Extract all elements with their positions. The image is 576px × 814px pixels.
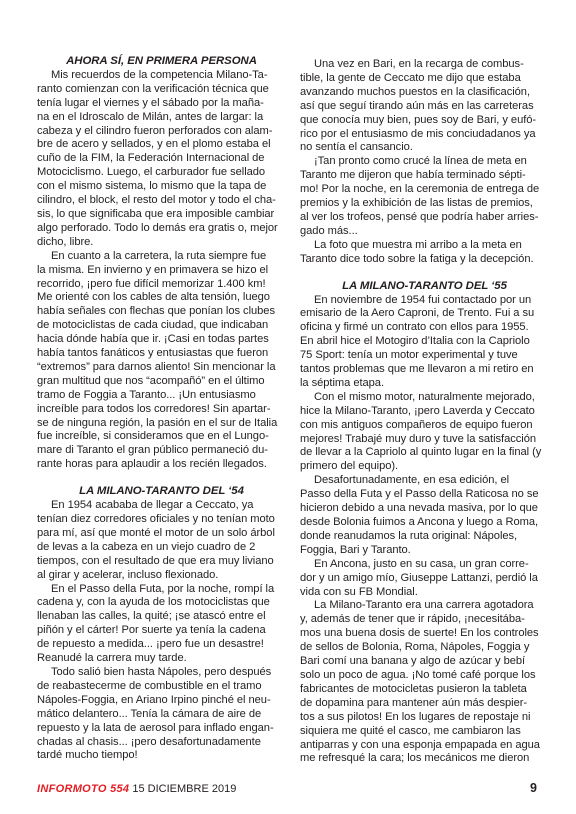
- text-line: increíble para todos los corredores! Sin…: [37, 403, 286, 417]
- text-line: desde Bolonia fuimos a Ancona y luego a …: [300, 516, 549, 530]
- text-line: oficina y firmé un contrato con ellos pa…: [300, 321, 549, 335]
- text-line: En el Passo della Futa, por la noche, ro…: [37, 583, 286, 597]
- text-line: siquiera me quité el casco, me cambiaron…: [300, 725, 549, 739]
- text-line: de levas a la cabeza en un viejo cuadro …: [37, 541, 286, 555]
- text-line: Mis recuerdos de la competencia Milano-T…: [37, 69, 286, 83]
- text-line: tramo de Foggia a Taranto... ¡Un entusia…: [37, 389, 286, 403]
- text-line: había tantos fanáticos y entusiastas que…: [37, 347, 286, 361]
- paragraph: Una vez en Bari, en la recarga de combus…: [300, 58, 549, 155]
- paragraph: La foto que muestra mi arribo a la meta …: [300, 239, 549, 267]
- text-line: emisario de la Aero Caproni, de Trento. …: [300, 307, 549, 321]
- text-line: Bari comí una banana y algo de azúcar y …: [300, 655, 549, 669]
- text-line: me refresqué la cara; los mecánicos me d…: [300, 752, 549, 766]
- text-line: tos a sus pilotos! En los lugares de rep…: [300, 711, 549, 725]
- text-line: Todo salió bien hasta Nápoles, pero desp…: [37, 666, 286, 680]
- text-line: piñón y el cárter! Por suerte ya tenía l…: [37, 624, 286, 638]
- text-line: En Ancona, justo en su casa, un gran cor…: [300, 558, 549, 572]
- text-line: gran multitud que nos “acompañó” en el ú…: [37, 375, 286, 389]
- text-line: y, además de tener que ir rápido, ¡neces…: [300, 613, 549, 627]
- paragraph: En cuanto a la carretera, la ruta siempr…: [37, 250, 286, 473]
- text-line: cadena y, con la ayuda de los motociclis…: [37, 596, 286, 610]
- text-line: de dopamina para mantener aún más despie…: [300, 697, 549, 711]
- text-line: Con el mismo motor, naturalmente mejorad…: [300, 391, 549, 405]
- right-column: Una vez en Bari, en la recarga de combus…: [300, 58, 549, 766]
- text-line: hacia dónde había que ir. ¡Casi en todas…: [37, 333, 286, 347]
- text-line: tenían diez corredores oficiales y no te…: [37, 513, 286, 527]
- text-line: tardé mucho tiempo!: [37, 749, 286, 763]
- text-line: la misma. En invierno y en primavera se …: [37, 264, 286, 278]
- text-line: rante horas para aplaudir a los recién l…: [37, 458, 286, 472]
- magazine-brand: INFORMOTO 554: [37, 783, 129, 795]
- text-line: mejores! Trabajé muy duro y tuve la sati…: [300, 433, 549, 447]
- text-line: Reanudé la carrera muy tarde.: [37, 652, 286, 666]
- text-line: Taranto me dijeron que había terminado s…: [300, 169, 549, 183]
- text-line: dor y un amigo mío, Giuseppe Lattanzi, p…: [300, 572, 549, 586]
- text-line: “extremos” para darnos aliento! Sin menc…: [37, 361, 286, 375]
- section-heading-milano-taranto-54: LA MILANO-TARANTO DEL ‘54: [37, 485, 286, 499]
- text-line: algo perforado. Todo lo demás era gratis…: [37, 222, 286, 236]
- text-line: al ver los trofeos, pensé que podría hab…: [300, 211, 549, 225]
- text-line: que conocía muy bien, pues soy de Bari, …: [300, 114, 549, 128]
- text-line: tenía lugar el viernes y el sábado por l…: [37, 97, 286, 111]
- text-line: primero del equipo).: [300, 460, 549, 474]
- text-line: fabricantes de motocicletas pusieron la …: [300, 683, 549, 697]
- text-line: al girar y acelerar, incluso flexionado.: [37, 569, 286, 583]
- text-line: cuño de la FIM, la Federación Internacio…: [37, 152, 286, 166]
- text-line: En abril hice el Motogiro d’Italia con l…: [300, 335, 549, 349]
- text-line: La foto que muestra mi arribo a la meta …: [300, 239, 549, 253]
- text-line: se de ninguna región, la pasión en el su…: [37, 417, 286, 431]
- issue-date: 15 DICIEMBRE 2019: [132, 783, 236, 795]
- paragraph: La Milano-Taranto era una carrera agotad…: [300, 599, 549, 766]
- paragraph: En Ancona, justo en su casa, un gran cor…: [300, 558, 549, 600]
- paragraph: En noviembre de 1954 fui contactado por …: [300, 294, 549, 391]
- text-line: recorrido, ¡pero fue difícil memorizar 1…: [37, 278, 286, 292]
- section-heading-milano-taranto-55: LA MILANO-TARANTO DEL ‘55: [300, 280, 549, 294]
- text-line: mo! Por la noche, en la ceremonia de ent…: [300, 183, 549, 197]
- paragraph: ¡Tan pronto como crucé la línea de meta …: [300, 155, 549, 238]
- text-line: sis, lo que significaba que era imposibl…: [37, 208, 286, 222]
- text-line: así que seguí tirando aún más en las car…: [300, 100, 549, 114]
- text-line: cilindro, el block, el resto del motor y…: [37, 194, 286, 208]
- text-line: de sellos de Bolonia, Roma, Nápoles, Fog…: [300, 641, 549, 655]
- text-line: En noviembre de 1954 fui contactado por …: [300, 294, 549, 308]
- text-line: cabeza y el cilindro fueron perforados c…: [37, 125, 286, 139]
- text-line: ¡Tan pronto como crucé la línea de meta …: [300, 155, 549, 169]
- text-line: fue increíble, si consideramos que en el…: [37, 430, 286, 444]
- text-line: Taranto dice todo sobre la fatiga y la d…: [300, 253, 549, 267]
- paragraph: Mis recuerdos de la competencia Milano-T…: [37, 69, 286, 250]
- text-line: tible, la gente de Ceccato me dijo que e…: [300, 72, 549, 86]
- text-line: de llevar a la Capriolo al quinto lugar …: [300, 446, 549, 460]
- text-line: hicieron debido a una nevada masiva, por…: [300, 502, 549, 516]
- text-line: Desafortunadamente, en esa edición, el: [300, 474, 549, 488]
- text-line: chadas al chasis... ¡pero desafortunadam…: [37, 736, 286, 750]
- text-line: bre de acero y sellados, y en el plomo e…: [37, 138, 286, 152]
- text-line: na en el Idroscalo de Milán, antes de la…: [37, 111, 286, 125]
- text-line: llenaban las calles, la quité; ¡se atasc…: [37, 610, 286, 624]
- text-line: con el mismo sistema, lo mismo que la ta…: [37, 180, 286, 194]
- text-line: vida con su FB Mondial.: [300, 586, 549, 600]
- text-line: de reabastecerme de combustible en el tr…: [37, 680, 286, 694]
- text-line: ranto comienzan con la verificación técn…: [37, 83, 286, 97]
- text-line: donde reanudamos la ruta original: Nápol…: [300, 530, 549, 544]
- text-line: 75 Sport: tenía un motor experimental y …: [300, 349, 549, 363]
- text-line: La Milano-Taranto era una carrera agotad…: [300, 599, 549, 613]
- text-line: de repuesto a medida... ¡pero fue un des…: [37, 638, 286, 652]
- paragraph: Desafortunadamente, en esa edición, elPa…: [300, 474, 549, 557]
- left-column: AHORA SÍ, EN PRIMERA PERSONA Mis recuerd…: [37, 55, 286, 763]
- text-line: gado más...: [300, 225, 549, 239]
- section-heading-primera-persona: AHORA SÍ, EN PRIMERA PERSONA: [37, 55, 286, 69]
- paragraph: En 1954 acababa de llegar a Ceccato, yat…: [37, 499, 286, 582]
- paragraph: En el Passo della Futa, por la noche, ro…: [37, 583, 286, 666]
- text-line: Passo della Futa y el Passo della Ratico…: [300, 488, 549, 502]
- text-line: de motociclistas de cada ciudad, que ind…: [37, 319, 286, 333]
- text-line: la séptima etapa.: [300, 377, 549, 391]
- text-line: mare di Taranto el gran público permanec…: [37, 444, 286, 458]
- paragraph: Todo salió bien hasta Nápoles, pero desp…: [37, 666, 286, 763]
- text-line: Foggia, Bari y Taranto.: [300, 544, 549, 558]
- text-line: para mí, así que monté el motor de un so…: [37, 527, 286, 541]
- text-line: tantos problemas que me llevaron a mi re…: [300, 363, 549, 377]
- text-line: rico por el entusiasmo de mis conciudada…: [300, 128, 549, 142]
- page-footer: INFORMOTO 554 15 DICIEMBRE 2019: [37, 783, 236, 795]
- text-line: hice la Milano-Taranto, ¡pero Laverda y …: [300, 405, 549, 419]
- page-number: 9: [530, 781, 537, 795]
- paragraph: Con el mismo motor, naturalmente mejorad…: [300, 391, 549, 474]
- text-line: había señales con flechas que ponían los…: [37, 305, 286, 319]
- text-line: En cuanto a la carretera, la ruta siempr…: [37, 250, 286, 264]
- text-line: solo un poco de agua. ¡No tomé café porq…: [300, 669, 549, 683]
- text-line: tiempos, con el resultado de que era muy…: [37, 555, 286, 569]
- text-line: Me orienté con los cables de alta tensió…: [37, 291, 286, 305]
- text-line: mos una buena dosis de suerte! En los co…: [300, 627, 549, 641]
- text-line: premios y la exhibición de las listas de…: [300, 197, 549, 211]
- text-line: con mis antiguos compañeros de equipo fu…: [300, 419, 549, 433]
- text-line: En 1954 acababa de llegar a Ceccato, ya: [37, 499, 286, 513]
- text-line: mático delantero... Tenía la cámara de a…: [37, 708, 286, 722]
- text-line: Una vez en Bari, en la recarga de combus…: [300, 58, 549, 72]
- text-line: no sentía el cansancio.: [300, 141, 549, 155]
- text-line: antiparras y con una esponja empapada en…: [300, 739, 549, 753]
- text-line: dicho, libre.: [37, 236, 286, 250]
- text-line: Motociclismo. Luego, el carburador fue s…: [37, 166, 286, 180]
- text-line: Nápoles-Foggia, en Ariano Irpino pinché …: [37, 694, 286, 708]
- text-line: repuesto y la lata de aerosol para infla…: [37, 722, 286, 736]
- text-line: avanzando muchos puestos en la clasifica…: [300, 86, 549, 100]
